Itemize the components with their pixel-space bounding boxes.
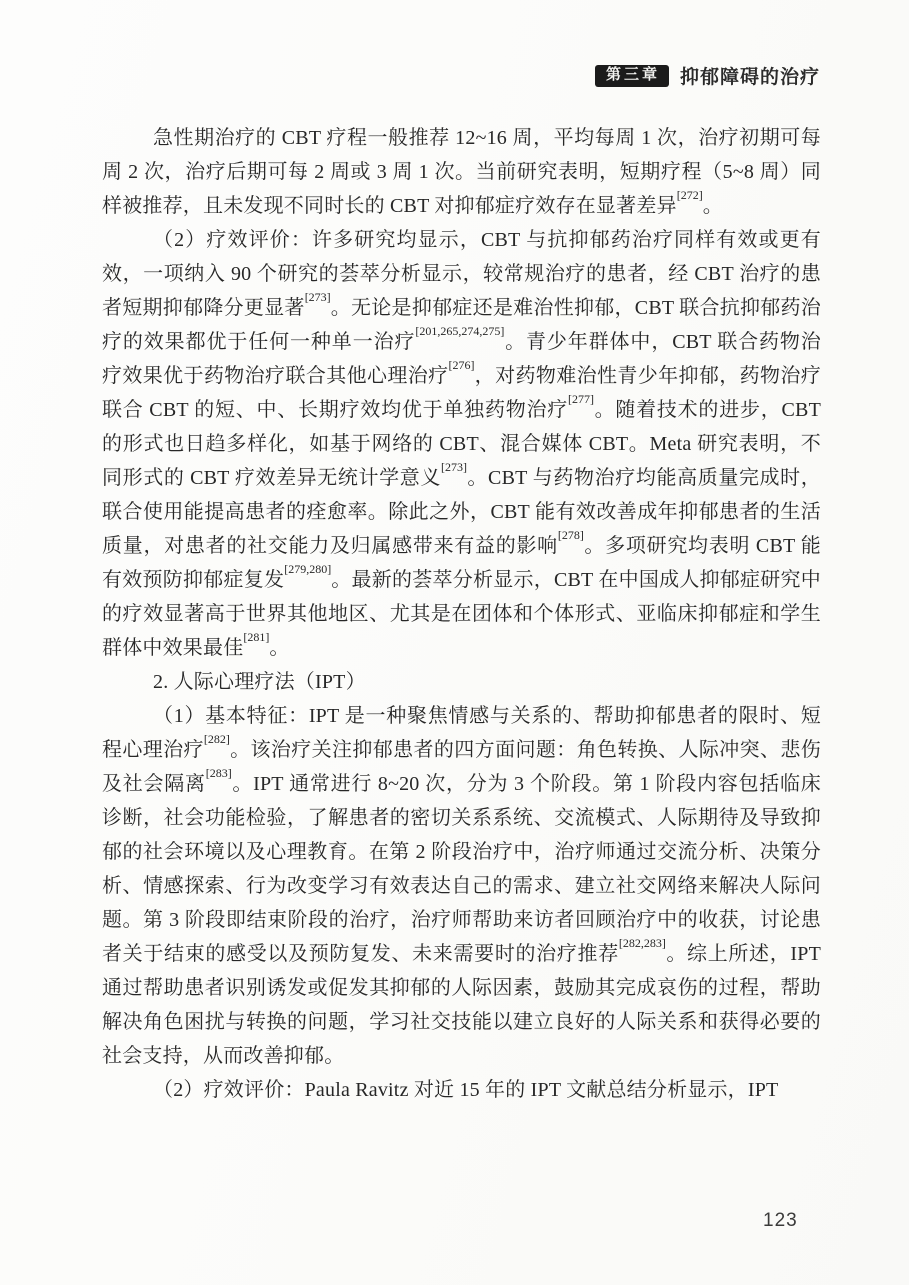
book-page: 第三章 抑郁障碍的治疗 急性期治疗的 CBT 疗程一般推荐 12~16 周，平均… [0, 0, 909, 1285]
para-ipt-efficacy: （2）疗效评价：Paula Ravitz 对近 15 年的 IPT 文献总结分析… [102, 1073, 821, 1107]
chapter-header: 第三章 抑郁障碍的治疗 [595, 62, 820, 89]
reference-superscript: [276] [449, 358, 475, 372]
body-text: 急性期治疗的 CBT 疗程一般推荐 12~16 周，平均每周 1 次，治疗初期可… [102, 121, 821, 1107]
reference-superscript: [279,280] [284, 562, 331, 576]
reference-superscript: [277] [568, 392, 594, 406]
para-ipt-features: （1）基本特征：IPT 是一种聚焦情感与关系的、帮助抑郁患者的限时、短程心理治疗… [102, 699, 821, 1073]
heading-ipt: 2. 人际心理疗法（IPT） [102, 665, 821, 699]
reference-superscript: [201,265,274,275] [415, 324, 504, 338]
page-number: 123 [763, 1210, 823, 1232]
reference-superscript: [273] [441, 460, 467, 474]
para-cbt-course: 急性期治疗的 CBT 疗程一般推荐 12~16 周，平均每周 1 次，治疗初期可… [102, 121, 821, 223]
chapter-badge: 第三章 [595, 65, 669, 87]
reference-superscript: [283] [206, 766, 232, 780]
reference-superscript: [273] [305, 290, 331, 304]
reference-superscript: [282,283] [619, 936, 666, 950]
reference-superscript: [282] [204, 732, 230, 746]
chapter-title: 抑郁障碍的治疗 [680, 62, 820, 89]
reference-superscript: [281] [243, 630, 269, 644]
reference-superscript: [272] [677, 188, 703, 202]
para-cbt-efficacy: （2）疗效评价：许多研究均显示，CBT 与抗抑郁药治疗同样有效或更有效，一项纳入… [102, 223, 821, 665]
reference-superscript: [278] [558, 528, 584, 542]
